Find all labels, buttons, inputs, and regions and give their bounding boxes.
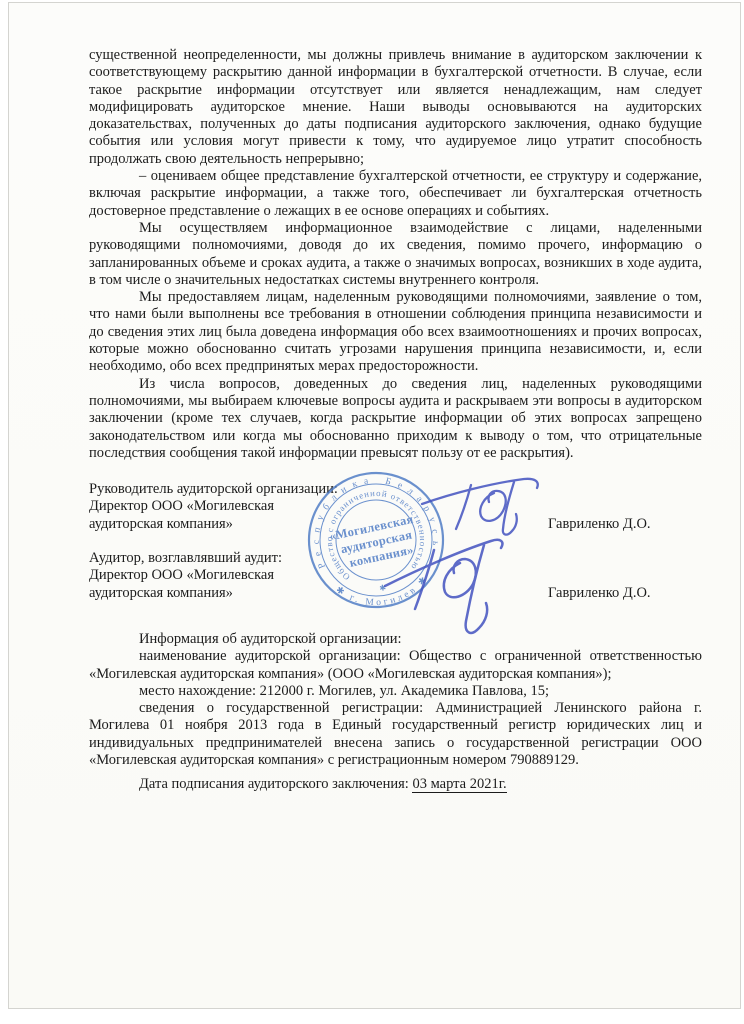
signing-date-label: Дата подписания аудиторского заключения: [139,776,412,792]
org-info-address: место нахождение: 212000 г. Могилев, ул.… [89,683,702,700]
signatory-role: Руководитель аудиторской организации: [89,481,702,498]
paragraph: существенной неопределенности, мы должны… [89,47,702,168]
signature-block-head: Руководитель аудиторской организации: Ди… [89,481,702,533]
document-body: существенной неопределенности, мы должны… [89,47,702,794]
signatory-name-row: аудиторская компания» Гавриленко Д.О. [89,516,702,533]
scanned-audit-report-page: { "document": { "paragraphs": [ "существ… [0,0,744,1024]
signature-block-auditor: Аудитор, возглавлявший аудит: Директор О… [89,550,702,602]
org-info-registration: сведения о государственной регистрации: … [89,700,702,769]
signatory-org-line: Директор ООО «Могилевская [89,567,702,584]
paragraph: Мы осуществляем информационное взаимодей… [89,220,702,289]
signatory-role: Аудитор, возглавлявший аудит: [89,550,702,567]
org-info-title: Информация об аудиторской организации: [89,631,702,648]
signatory-name: Гавриленко Д.О. [548,516,651,533]
signatory-org-line: Директор ООО «Могилевская [89,498,702,515]
signatory-name-row: аудиторская компания» Гавриленко Д.О. [89,585,702,602]
signing-date-line: Дата подписания аудиторского заключения:… [89,776,702,793]
paragraph: – оцениваем общее представление бухгалте… [89,168,702,220]
signatory-org-line: аудиторская компания» [89,585,233,601]
document-page: существенной неопределенности, мы должны… [8,2,741,1009]
signatory-name: Гавриленко Д.О. [548,585,651,602]
signatory-org-line: аудиторская компания» [89,516,233,532]
signing-date-value: 03 марта 2021г. [412,776,506,793]
paragraph: Мы предоставляем лицам, наделенным руков… [89,289,702,375]
paragraph: Из числа вопросов, доведенных до сведени… [89,376,702,462]
org-info-name: наименование аудиторской организации: Об… [89,648,702,683]
